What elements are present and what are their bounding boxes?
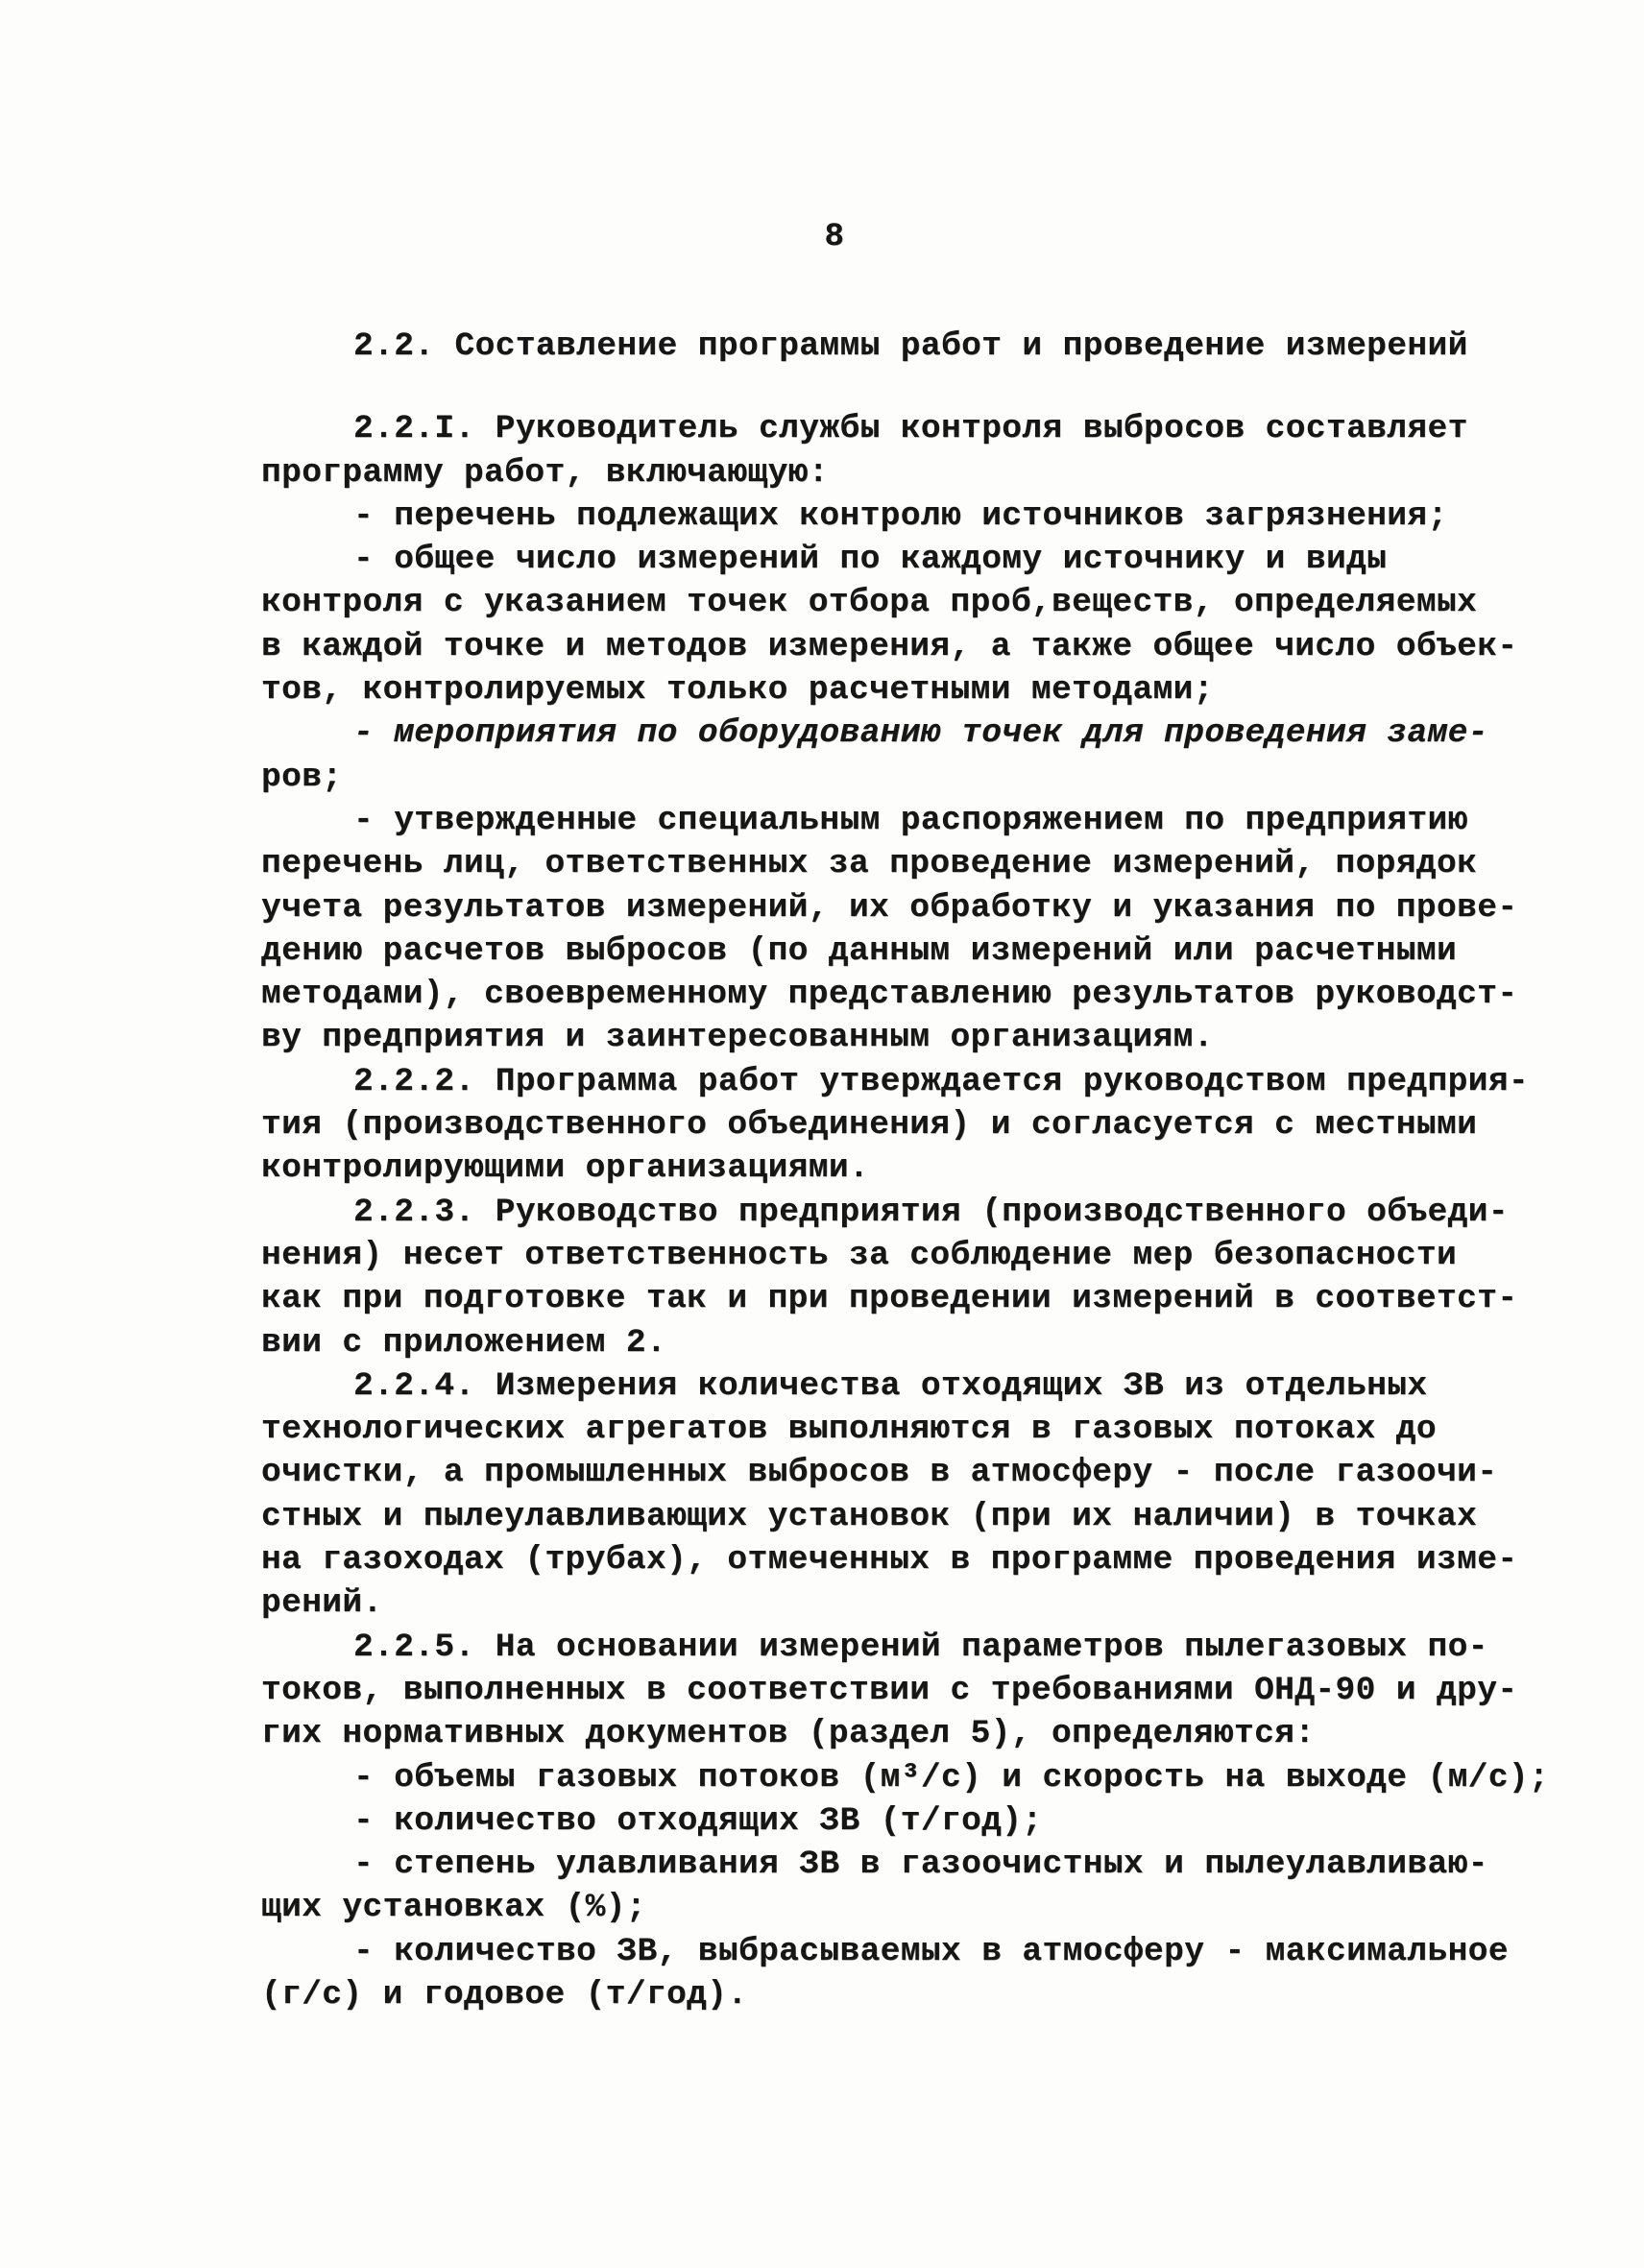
list-item: - общее число измерений по каждому источ… <box>261 538 1548 581</box>
paragraph-2-2-2-start: 2.2.2. Программа работ утверждается руко… <box>261 1060 1548 1103</box>
text-line: рений. <box>261 1581 1548 1625</box>
text-line: гих нормативных документов (раздел 5), о… <box>261 1712 1548 1755</box>
text-line: методами), своевременному представлению … <box>261 973 1548 1016</box>
scanned-document-page: 8 2.2. Составление программы работ и про… <box>0 0 1644 2268</box>
text-line: вии с приложением 2. <box>261 1321 1548 1364</box>
text-line: очистки, а промышленных выбросов в атмос… <box>261 1451 1548 1494</box>
text-line: как при подготовке так и при проведении … <box>261 1277 1548 1320</box>
text-line: перечень лиц, ответственных за проведени… <box>261 842 1548 885</box>
text-line: токов, выполненных в соответствии с треб… <box>261 1669 1548 1712</box>
list-item: - степень улавливания ЗВ в газоочистных … <box>261 1843 1548 1886</box>
page-number: 8 <box>0 218 1644 256</box>
text-line: на газоходах (трубах), отмеченных в прог… <box>261 1538 1548 1581</box>
text-line: технологических агрегатов выполняются в … <box>261 1408 1548 1451</box>
paragraph-gap <box>261 368 1548 407</box>
text-line: нения) несет ответственность за соблюден… <box>261 1234 1548 1277</box>
text-line: (г/с) и годовое (т/год). <box>261 1973 1548 2016</box>
text-line: ву предприятия и заинтересованным органи… <box>261 1016 1548 1059</box>
list-item: - утвержденные специальным распоряжением… <box>261 799 1548 842</box>
section-heading: 2.2. Составление программы работ и прове… <box>261 325 1548 368</box>
paragraph-2-2-3-start: 2.2.3. Руководство предприятия (производ… <box>261 1191 1548 1234</box>
list-item: - количество ЗВ, выбрасываемых в атмосфе… <box>261 1930 1548 1973</box>
text-line: стных и пылеулавливающих установок (при … <box>261 1495 1548 1538</box>
paragraph-2-2-1-start: 2.2.I. Руководитель службы контроля выбр… <box>261 407 1548 450</box>
text-line: тов, контролируемых только расчетными ме… <box>261 668 1548 712</box>
paragraph-2-2-4-start: 2.2.4. Измерения количества отходящих ЗВ… <box>261 1364 1548 1408</box>
list-item: - объемы газовых потоков (м³/с) и скорос… <box>261 1756 1548 1799</box>
text-line: учета результатов измерений, их обработк… <box>261 886 1548 929</box>
text-line: программу работ, включающую: <box>261 451 1548 495</box>
text-line: ров; <box>261 756 1548 799</box>
list-item: - количество отходящих ЗВ (т/год); <box>261 1799 1548 1843</box>
paragraph-2-2-5-start: 2.2.5. На основании измерений параметров… <box>261 1626 1548 1669</box>
list-item: - мероприятия по оборудованию точек для … <box>261 712 1548 755</box>
document-body: 2.2. Составление программы работ и прове… <box>261 325 1548 2016</box>
list-item: - перечень подлежащих контролю источнико… <box>261 495 1548 538</box>
text-line: контролирующими организациями. <box>261 1146 1548 1190</box>
text-line: щих установках (%); <box>261 1886 1548 1929</box>
text-line: дению расчетов выбросов (по данным измер… <box>261 929 1548 973</box>
text-line: в каждой точке и методов измерения, а та… <box>261 625 1548 668</box>
text-line: тия (производственного объединения) и со… <box>261 1103 1548 1146</box>
text-line: контроля с указанием точек отбора проб,в… <box>261 581 1548 624</box>
